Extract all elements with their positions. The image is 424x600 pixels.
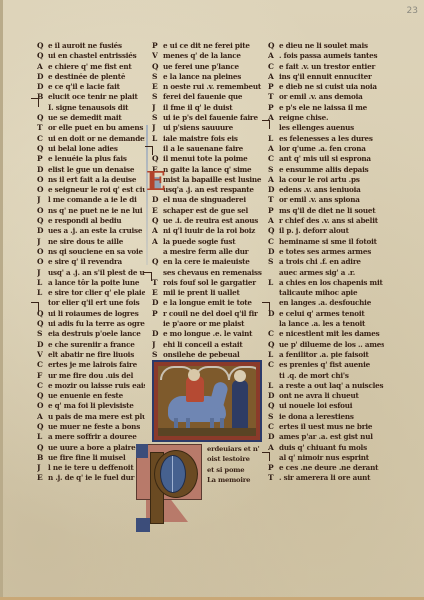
text-line: ses chevaus en remenaisse	[152, 268, 262, 278]
text-line: Ons il ert fait a la deuise	[37, 175, 145, 185]
text-line: A. fois passa aumeis tantes	[268, 51, 384, 61]
paragraph-mark	[262, 452, 270, 461]
text-line: Belucit oce tenir ne plait	[37, 92, 145, 102]
line-text: e celui q' armes tenoit	[279, 309, 384, 319]
decorated-initial-e: E	[146, 171, 164, 193]
text-line: Ar chief des .v. ans si abelit	[268, 216, 384, 226]
initial-e-letter: E	[146, 169, 166, 195]
initial-p-bowl-line	[172, 456, 173, 492]
line-text: I. signe tenausois dit	[48, 103, 145, 113]
line-text: n .j. de q' ie le fuel dur	[48, 473, 145, 483]
line-text: elucit oce tenir ne plait	[48, 92, 145, 102]
line-initial: Q	[37, 391, 48, 401]
line-text: ues a .j. an este la cruise	[48, 226, 145, 236]
line-text: la lance .a. les a tenoit	[279, 319, 384, 329]
text-line: Oe seigneur le roi q' est ciu	[37, 185, 145, 195]
line-text: eia destruis p'oele lance	[48, 329, 145, 339]
line-initial: C	[37, 360, 48, 370]
line-initial: J	[152, 103, 163, 113]
line-text: ne sire dous te aille	[48, 237, 145, 247]
text-line: Se la lance na pleines	[152, 72, 262, 82]
line-initial: L	[268, 134, 279, 144]
line-initial: T	[268, 195, 279, 205]
line-text: ui adis fu la terre as ogres	[48, 319, 145, 329]
text-line: De destinée de plentė	[37, 72, 145, 82]
text-line: Qui belal lone adies	[37, 144, 145, 154]
text-line: Certes il uest mus ne brie	[268, 422, 384, 432]
text-line: Jne sire dous te aille	[37, 237, 145, 247]
line-text: il p. j. deforr alout	[279, 226, 384, 236]
line-initial: A	[268, 175, 279, 185]
text-line: Areigne chise.	[268, 113, 384, 123]
text-line: Sa trois chi .f. en adire	[268, 257, 384, 267]
text-line: De totes ses armes armes	[268, 247, 384, 257]
text-line: Les felenesses a les dures	[268, 134, 384, 144]
initial-p-corner	[136, 444, 148, 458]
text-line: Qui nouele loi esfoui	[268, 401, 384, 411]
line-initial: P	[268, 82, 279, 92]
line-text: e sire tor clier q' ele plaie	[48, 288, 145, 298]
text-line: De mo longue .e. le vaint	[152, 329, 262, 339]
line-text: ui en doit or ne demander	[48, 134, 145, 144]
line-initial: P	[268, 206, 279, 216]
text-line: Ce nicestlent mit les dames	[268, 329, 384, 339]
manuscript-page: 23 Qe il auroit ne fusiésQui en chastel …	[0, 0, 424, 600]
line-initial: O	[37, 206, 48, 216]
text-line: De ce q'il e lacie fait	[37, 82, 145, 92]
text-line: De celui q' armes tenoit	[268, 309, 384, 319]
text-column-left: Qe il auroit ne fusiésQui en chastel ent…	[37, 41, 145, 484]
line-text: en la cere ie maieuiste	[163, 257, 262, 267]
line-text: ue fire fine li muisel	[48, 453, 145, 463]
line-text: r chief des .v. ans si abelit	[279, 216, 384, 226]
line-text: a mere soffrir a douree	[48, 432, 145, 442]
line-text: a mesire ferm alle dur	[163, 247, 262, 257]
text-line: Pe dieb ne si cuist uia noia	[268, 82, 384, 92]
horse-neck	[209, 381, 229, 410]
line-text: ertes je me lairois faire	[48, 360, 145, 370]
line-initial: L	[152, 134, 163, 144]
text-line: ti .q. de mort chi's	[268, 371, 384, 381]
folio-number: 23	[407, 6, 418, 16]
line-text: iale maistre fois eis	[163, 134, 262, 144]
line-text: l ne ie tere u deffenoit	[48, 463, 145, 473]
line-text: e seigneur le roi q' est ciu	[48, 185, 145, 195]
line-text: or emil .v. ans demoia	[279, 92, 384, 102]
line-text: u pais de ma mere est plus	[48, 412, 145, 422]
line-text: ui p'siens sauuure	[163, 123, 262, 133]
text-line: Ce mozir ou laisse ruis eais	[37, 381, 145, 391]
line-initial: Q	[152, 216, 163, 226]
text-line: Delist le gue un denaise	[37, 165, 145, 175]
line-initial: C	[268, 62, 279, 72]
text-line: Jl me comande a ie le di	[37, 195, 145, 205]
text-line: Jui p'siens sauuure	[152, 123, 262, 133]
text-line: Sie dona a lerestiens	[268, 412, 384, 422]
line-text: ti .q. de mort chi's	[279, 371, 384, 381]
text-line: Dues a .j. an este la cruise	[37, 226, 145, 236]
text-line: Alor q'ume .a. fen crona	[268, 144, 384, 154]
line-initial: P	[37, 154, 48, 164]
line-initial: O	[37, 185, 48, 195]
text-line: Ains q'il ennuit ennuciter	[268, 72, 384, 82]
text-line: Qui li roiaumes de logres	[37, 309, 145, 319]
text-line: Certes je me lairois faire	[37, 360, 145, 370]
line-initial: J	[37, 237, 48, 247]
line-text: ue .i. de reuira est anous	[163, 216, 262, 226]
line-text: e destinée de plentė	[48, 72, 145, 82]
text-line: De che sureniir a france	[37, 340, 145, 350]
line-initial: A	[268, 144, 279, 154]
text-line: Que enuenie en feste	[37, 391, 145, 401]
line-initial: V	[37, 350, 48, 360]
text-line: Sui ie p's del fauenie faire	[152, 113, 262, 123]
line-text: e ces .ne deure .ne derant	[279, 463, 384, 473]
text-line: Jil fme il q' le duist	[152, 103, 262, 113]
text-line: Dedens .v. ans ieniuoia	[268, 185, 384, 195]
text-line: ie p'aore or me plaist	[152, 319, 262, 329]
line-initial: A	[268, 216, 279, 226]
miniature-illumination	[152, 360, 262, 442]
paragraph-mark	[262, 120, 270, 129]
text-line: Eschaper est de gue sel	[152, 206, 262, 216]
text-line: Vmenes q' de la lance	[152, 51, 262, 61]
line-text: e la lance na pleines	[163, 72, 262, 82]
text-line: Sonsilehe de pebeual	[152, 350, 262, 360]
text-line: Oe q' ma foi li plevisiste	[37, 401, 145, 411]
text-line: les ellenges auenus	[268, 123, 384, 133]
line-initial: D	[268, 185, 279, 195]
line-initial: E	[152, 206, 163, 216]
line-initial: A	[268, 51, 279, 61]
line-initial: T	[37, 123, 48, 133]
line-text: ur me fire dou .uis del	[48, 371, 145, 381]
line-text: talicaute mihoc apie	[279, 288, 384, 298]
line-text: il fme il q' le duist	[163, 103, 262, 113]
text-line: Que ferei une p'lance	[152, 62, 262, 72]
paragraph-mark	[145, 146, 153, 155]
line-initial: E	[152, 288, 163, 298]
text-line: Qui adis fu la terre as ogres	[37, 319, 145, 329]
text-line: Oe sire q' il revendra	[37, 257, 145, 267]
text-line: Ons q' ne puet ne ie ne lui	[37, 206, 145, 216]
text-line: De la longue emit ie tote	[152, 298, 262, 308]
line-text: ant q' mis uil si esprona	[279, 154, 384, 164]
line-initial: C	[268, 422, 279, 432]
text-line: La lance tôr la poite lune	[37, 278, 145, 288]
line-initial: D	[152, 329, 163, 339]
line-initial: Q	[268, 226, 279, 236]
line-initial: D	[37, 340, 48, 350]
line-text: usq' a .j. an s'il plest de une	[48, 268, 145, 278]
line-text: mil ie prent li uallet	[163, 288, 262, 298]
text-line: I. signe tenausois dit	[37, 103, 145, 113]
text-line: Pms q'il de diet ne li souet	[268, 206, 384, 216]
text-line: il a le sauenane faire	[152, 144, 262, 154]
line-text: auec armes sig' a .r.	[279, 268, 384, 278]
line-initial: Q	[37, 319, 48, 329]
line-initial: S	[152, 350, 163, 360]
text-line: Se ensumme aliis depais	[268, 165, 384, 175]
line-initial: Q	[37, 216, 48, 226]
line-initial: D	[268, 391, 279, 401]
text-line: Fur me fire dou .uis del	[37, 371, 145, 381]
text-line: Ae chiere q' me fist ent	[37, 62, 145, 72]
line-text: heminame si sme il fotoit	[279, 237, 384, 247]
text-line: Dont ne avra li chueut	[268, 391, 384, 401]
line-initial: Q	[37, 51, 48, 61]
line-text: e nicestlent mit les dames	[279, 329, 384, 339]
text-line: oist lestoire	[207, 454, 265, 464]
text-line: Liale maistre fois eis	[152, 134, 262, 144]
line-text: r couil ne del doel q'il fir	[163, 309, 262, 319]
line-text: onsilehe de pebeual	[163, 350, 262, 360]
line-text: usq'a .j. an est respante	[163, 185, 262, 195]
line-text: menes q' de la lance	[163, 51, 262, 61]
line-initial: Q	[37, 113, 48, 123]
line-initial: V	[152, 51, 163, 61]
line-text: elist le gue un denaise	[48, 165, 145, 175]
text-line: Que se demedit mait	[37, 113, 145, 123]
standing-figure-head	[234, 370, 246, 382]
text-line: Ce fait .v. un trestor entier	[268, 62, 384, 72]
line-text: duis q' chiuant fu mols	[279, 443, 384, 453]
line-initial: L	[268, 278, 279, 288]
text-line: Bue fire fine li muisel	[37, 453, 145, 463]
line-initial: D	[37, 72, 48, 82]
line-text: al q' nimoir nus esprint	[279, 453, 384, 463]
text-line: en langes .a. desfouchie	[268, 298, 384, 308]
text-line: Velt abatir ne fire liuois	[37, 350, 145, 360]
text-line: Cui en doit or ne demander	[37, 134, 145, 144]
line-text: e lenuéie la plus fais	[48, 154, 145, 164]
line-initial: L	[268, 381, 279, 391]
rider-head	[188, 369, 200, 381]
text-line: Qil p. j. deforr alout	[268, 226, 384, 236]
text-line: Del nua de singuaderei	[152, 195, 262, 205]
text-line: Jl ne ie tere u deffenoit	[37, 463, 145, 473]
line-initial: D	[268, 247, 279, 257]
text-line: Qe il auroit ne fusiés	[37, 41, 145, 51]
line-text: ehi li conceil a estait	[163, 340, 262, 350]
text-line: Ani q'l iuuir de la roi boiz	[152, 226, 262, 236]
text-line: a mesire ferm alle dur	[152, 247, 262, 257]
line-initial: D	[37, 82, 48, 92]
line-text: el nua de singuaderei	[163, 195, 262, 205]
line-initial: T	[152, 278, 163, 288]
line-initial: Q	[268, 401, 279, 411]
text-line: auec armes sig' a .r.	[268, 268, 384, 278]
line-text: edens .v. ans ieniuoia	[279, 185, 384, 195]
line-text: a trois chi .f. en adire	[279, 257, 384, 267]
line-text: e respondi al bediu	[48, 216, 145, 226]
line-text: ui en chastel entrissiés	[48, 51, 145, 61]
line-text: ont ne avra li chueut	[279, 391, 384, 401]
text-line: Ces prenies q' fist auenie	[268, 360, 384, 370]
line-text: e fait .v. un trestor entier	[279, 62, 384, 72]
text-line: mist la bapaille est lusine	[152, 175, 262, 185]
line-initial: C	[268, 360, 279, 370]
line-initial: J	[37, 195, 48, 205]
line-text: . sir amerera li ore aunt	[279, 473, 384, 483]
line-text: ames p'ar .a. est gist nul	[279, 432, 384, 442]
line-text: e ce q'il e lacie fait	[48, 82, 145, 92]
line-text: schaper est de gue sel	[163, 206, 262, 216]
text-line: La memoire	[207, 475, 265, 485]
text-line: Ons qi souciene en sa voie	[37, 247, 145, 257]
text-line: Trois fouf sol le gargatier	[152, 278, 262, 288]
text-line: Jusq' a .j. an s'il plest de une	[37, 268, 145, 278]
text-line: Ala puede sogie fust	[152, 237, 262, 247]
line-initial: D	[152, 298, 163, 308]
line-text: or elle puet en bu amens	[48, 123, 145, 133]
line-initial: S	[268, 412, 279, 422]
line-text: e p's ele ne laissa il me	[279, 103, 384, 113]
initial-p-corner	[136, 518, 150, 532]
text-line: La reste a out laq' a nuiscles	[268, 381, 384, 391]
line-text: e dieb ne si cuist uia noia	[279, 82, 384, 92]
text-line: Tor emil .v. ans demoia	[268, 92, 384, 102]
text-line: Pe ui ce dit ne ferei pite	[152, 41, 262, 51]
line-text: tor elier q'il ert une fois	[48, 298, 145, 308]
line-text: e mo longue .e. le vaint	[163, 329, 262, 339]
line-initial: S	[268, 257, 279, 267]
line-text: e sire q' il revendra	[48, 257, 145, 267]
line-text: e che sureniir a france	[48, 340, 145, 350]
text-line: Sferei del fauenie que	[152, 92, 262, 102]
line-text: les ellenges auenus	[279, 123, 384, 133]
line-initial: L	[37, 432, 48, 442]
line-text: ie dona a lerestiens	[279, 412, 384, 422]
line-initial: L	[37, 288, 48, 298]
line-text: reigne chise.	[279, 113, 384, 123]
line-text: la cour le roi artu .ps	[279, 175, 384, 185]
line-text: ue p' dilueme de los .. ames	[279, 340, 384, 350]
paragraph-mark	[262, 302, 270, 311]
line-text: a fenilitor .a. pie faisoit	[279, 350, 384, 360]
text-line: T. sir amerera li ore aunt	[268, 473, 384, 483]
line-text: e mozir ou laisse ruis eais	[48, 381, 145, 391]
line-initial: S	[152, 113, 163, 123]
line-initial: P	[152, 41, 163, 51]
text-line: La mere soffrir a douree	[37, 432, 145, 442]
line-text: ns qi souciene en sa voie	[48, 247, 145, 257]
text-line: tor elier q'il ert une fois	[37, 298, 145, 308]
line-initial: C	[37, 134, 48, 144]
line-initial: F	[37, 371, 48, 381]
line-initial: A	[37, 62, 48, 72]
ground	[158, 428, 256, 436]
line-text: ertes il uest mus ne brie	[279, 422, 384, 432]
text-line: Qen la cere ie maieuiste	[152, 257, 262, 267]
text-line: Cant q' mis uil si esprona	[268, 154, 384, 164]
line-initial: P	[268, 103, 279, 113]
text-line: Qe respondi al bediu	[37, 216, 145, 226]
line-text: ie p'aore or me plaist	[163, 319, 262, 329]
line-text: e dieu ne li soulet mais	[279, 41, 384, 51]
line-text: e ui ce dit ne ferei pite	[163, 41, 262, 51]
line-initial: O	[37, 247, 48, 257]
line-initial: C	[268, 329, 279, 339]
line-text: ue uure a bore a plaire	[48, 443, 145, 453]
text-line: Qil menui tote la poime	[152, 154, 262, 164]
line-text: n oeste rui .v. remembeut	[163, 82, 262, 92]
line-initial: D	[37, 226, 48, 236]
line-text: ni q'l iuuir de la roi boiz	[163, 226, 262, 236]
text-line: Au pais de ma mere est plus	[37, 412, 145, 422]
text-line: Seia destruis p'oele lance	[37, 329, 145, 339]
text-line: Que muer ne feste a bons	[37, 422, 145, 432]
line-initial: J	[152, 340, 163, 350]
line-text: ses chevaus en remenaisse	[163, 268, 262, 278]
text-line: Pr couil ne del doel q'il fir	[152, 309, 262, 319]
text-line: La fenilitor .a. pie faisoit	[268, 350, 384, 360]
line-text: il menui tote la poime	[163, 154, 262, 164]
line-initial: C	[37, 381, 48, 391]
paragraph-mark	[31, 98, 39, 107]
text-line: Tor elle puet en bu amens	[37, 123, 145, 133]
line-initial: S	[268, 165, 279, 175]
line-text: es felenesses a les dures	[279, 134, 384, 144]
line-initial: E	[152, 82, 163, 92]
text-line: La chies en los chapenis mit	[268, 278, 384, 288]
text-line: talicaute mihoc apie	[268, 288, 384, 298]
line-initial: Q	[268, 340, 279, 350]
line-text: a lance tôr la poite lune	[48, 278, 145, 288]
text-line: Qui en chastel entrissiés	[37, 51, 145, 61]
line-initial: E	[37, 473, 48, 483]
line-initial: P	[268, 463, 279, 473]
paragraph-mark	[31, 302, 39, 311]
line-text: lor q'ume .a. fen crona	[279, 144, 384, 154]
line-initial: T	[268, 473, 279, 483]
line-initial: A	[37, 412, 48, 422]
line-text: e la longue emit ie tote	[163, 298, 262, 308]
line-initial: C	[268, 237, 279, 247]
text-line: la lance .a. les a tenoit	[268, 319, 384, 329]
line-text: ns q' ne puet ne ie ne lui	[48, 206, 145, 216]
line-text: n gaite la lance q' sime	[163, 165, 262, 175]
line-initial: T	[268, 92, 279, 102]
line-text: ms q'il de diet ne li souet	[279, 206, 384, 216]
line-text: ue se demedit mait	[48, 113, 145, 123]
line-initial: S	[152, 92, 163, 102]
line-initial: J	[152, 123, 163, 133]
line-initial: D	[268, 432, 279, 442]
line-text: ui ie p's del fauenie faire	[163, 113, 262, 123]
line-text: la puede sogie fust	[163, 237, 262, 247]
text-line: En .j. de q' ie le fuel dur	[37, 473, 145, 483]
line-text: e q' ma foi li plevisiste	[48, 401, 145, 411]
text-line: Pe p's ele ne laissa il me	[268, 103, 384, 113]
text-line: En oeste rui .v. remembeut	[152, 82, 262, 92]
line-text: ue enuenie en feste	[48, 391, 145, 401]
line-text: l me comande a ie le di	[48, 195, 145, 205]
line-initial: J	[37, 463, 48, 473]
line-text: ui li roiaumes de logres	[48, 309, 145, 319]
line-initial: S	[152, 72, 163, 82]
line-initial: P	[152, 309, 163, 319]
line-initial: J	[37, 268, 48, 278]
line-initial: Q	[37, 144, 48, 154]
text-line: Pe lenuéie la plus fais	[37, 154, 145, 164]
text-column-middle: Pe ui ce dit ne ferei piteVmenes q' de l…	[152, 41, 262, 360]
line-text: es prenies q' fist auenie	[279, 360, 384, 370]
line-text: mist la bapaille est lusine	[163, 175, 262, 185]
line-text: ns il ert fait a la deuise	[48, 175, 145, 185]
line-text: e il auroit ne fusiés	[48, 41, 145, 51]
text-line: Emil ie prent li uallet	[152, 288, 262, 298]
